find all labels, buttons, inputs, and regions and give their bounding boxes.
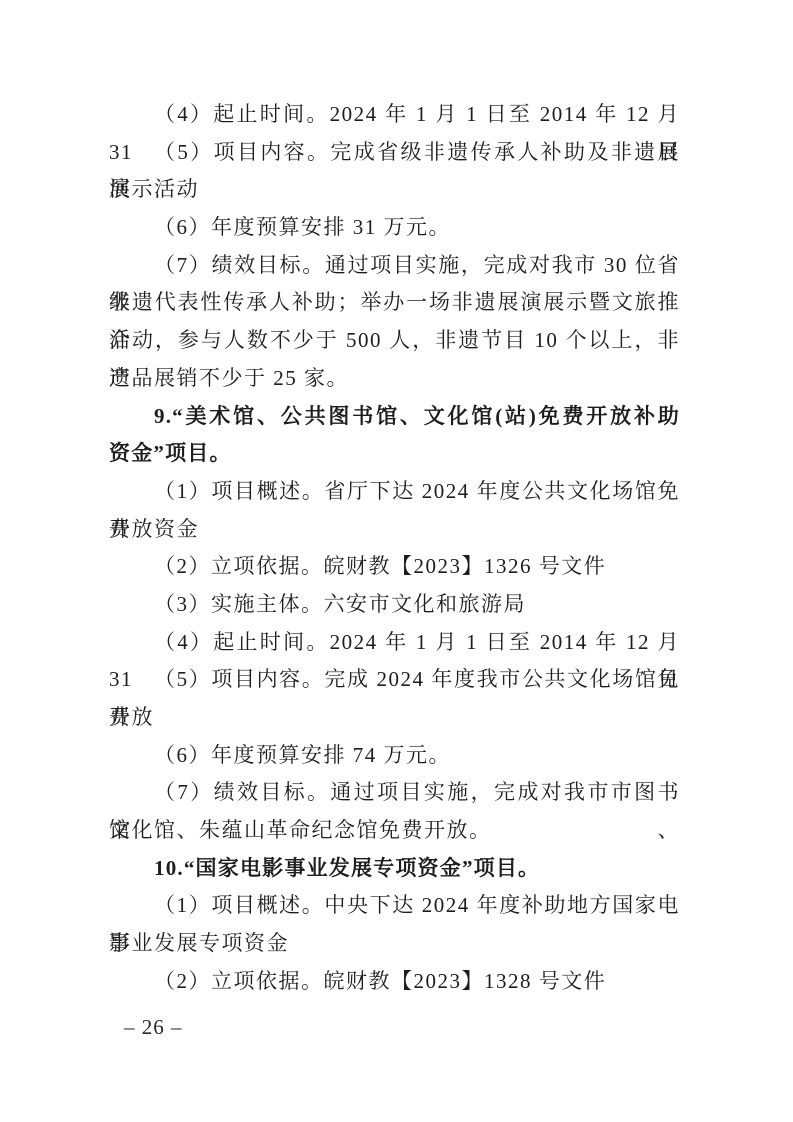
- heading-line: 10.“国家电影事业发展专项资金”项目。: [109, 850, 680, 888]
- text-line: （5）项目内容。完成省级非遗传承人补助及非遗展演: [109, 134, 680, 172]
- text-line: （2）立项依据。皖财教【2023】1328 号文件: [109, 963, 680, 1001]
- text-line: 活动，参与人数不少于 500 人，非遗节目 10 个以上，非遗: [109, 322, 680, 360]
- text-line: （2）立项依据。皖财教【2023】1326 号文件: [109, 548, 680, 586]
- text-line: （1）项目概述。省厅下达 2024 年度公共文化场馆免费: [109, 473, 680, 511]
- text-line: 事业发展专项资金: [109, 925, 680, 963]
- text-line: （1）项目概述。中央下达 2024 年度补助地方国家电影: [109, 887, 680, 925]
- text-line: （5）项目内容。完成 2024 年度我市公共文化场馆免费: [109, 661, 680, 699]
- document-page: （4）起止时间。2024 年 1 月 1 日至 2014 年 12 月 31 日…: [0, 0, 793, 1122]
- document-body: （4）起止时间。2024 年 1 月 1 日至 2014 年 12 月 31 日…: [109, 96, 680, 1001]
- text-line: （4）起止时间。2024 年 1 月 1 日至 2014 年 12 月 31 日: [109, 96, 680, 134]
- heading-line: 9.“美术馆、公共图书馆、文化馆(站)免费开放补助: [109, 398, 680, 436]
- heading-line: 资金”项目。: [109, 435, 680, 473]
- text-line: 开放: [109, 699, 680, 737]
- text-line: 开放资金: [109, 511, 680, 549]
- text-line: 展示活动: [109, 171, 680, 209]
- text-line: （6）年度预算安排 74 万元。: [109, 737, 680, 775]
- text-line: （7）绩效目标。通过项目实施，完成对我市市图书馆、: [109, 774, 680, 812]
- text-line: （6）年度预算安排 31 万元。: [109, 209, 680, 247]
- text-line: （4）起止时间。2024 年 1 月 1 日至 2014 年 12 月 31 日: [109, 624, 680, 662]
- text-line: （7）绩效目标。通过项目实施，完成对我市 30 位省级: [109, 247, 680, 285]
- page-number: – 26 –: [124, 1012, 183, 1042]
- text-line: 产品展销不少于 25 家。: [109, 360, 680, 398]
- text-line: （3）实施主体。六安市文化和旅游局: [109, 586, 680, 624]
- text-line: 非遗代表性传承人补助；举办一场非遗展演展示暨文旅推介: [109, 284, 680, 322]
